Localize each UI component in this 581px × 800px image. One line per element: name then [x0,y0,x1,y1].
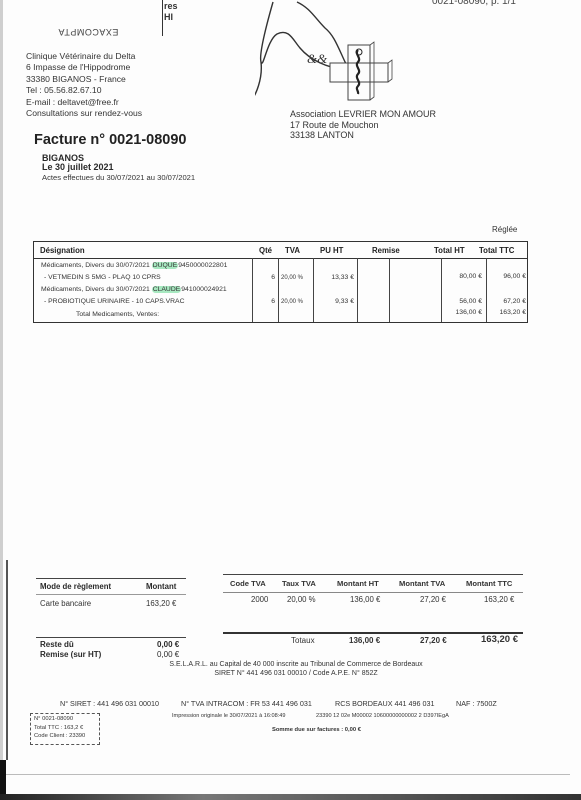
invoice-acts-period: Actes effectues du 30/07/2021 au 30/07/2… [42,173,195,182]
vat-header-rule [223,592,523,593]
totals-ht: 136,00 € [349,636,380,645]
vat-amount-tva: 27,20 € [420,595,446,604]
invoice-title: Facture n° 0021-08090 [34,132,187,148]
vat-table-rule [223,574,523,575]
recipient-address-line2: 33138 LANTON [290,130,436,141]
veterinary-cross-logo: && [255,0,405,105]
client-box-total: Total TTC : 163,2 € [34,724,96,733]
item-tva: 20,00 % [281,299,303,305]
vat-header-code: Code TVA [230,579,266,588]
col-header-total-ttc: Total TTC [479,246,514,255]
clinic-email: E-mail : deltavet@free.fr [26,97,142,108]
item-tva: 20,00 % [281,275,303,281]
scan-edge-mark [6,560,8,760]
clinic-name: Clinique Vétérinaire du Delta [26,51,142,62]
clinic-address-block: Clinique Vétérinaire du Delta 6 Impasse … [26,51,142,119]
payment-status: Réglée [492,225,517,234]
balance-rule [36,637,186,638]
clinic-address-line1: 6 Impasse de l'Hippodrome [26,62,142,73]
legal-line1: S.E.L.A.R.L. au Capital de 40 000 inscri… [146,661,446,670]
col-header-pu-ht: PU HT [320,246,343,255]
vat-header-ttc: Montant TTC [466,579,512,588]
payment-amount: 163,20 € [146,599,176,608]
invoice-date: Le 30 juillet 2021 [42,162,114,172]
clinic-address-line2: 33380 BIGANOS - France [26,74,142,85]
animal-name-highlight: DUQUE [152,262,179,269]
items-table: Désignation Qté TVA PU HT Remise Total H… [33,241,528,323]
footer-rcs: RCS BORDEAUX 441 496 031 [335,699,434,708]
exacompta-watermark: EXACOMPTA [58,27,118,37]
recipient-address-line1: 17 Route de Mouchon [290,120,436,131]
item-total-ttc: 67,20 € [489,298,526,305]
col-header-total-ht: Total HT [434,246,465,255]
clinic-consultations: Consultations sur rendez-vous [26,108,142,119]
col-header-qty: Qté [259,246,272,255]
col-header-designation: Désignation [40,246,85,255]
item-total-ht: 80,00 € [444,273,482,280]
item-group-line: Médicaments, Divers du 30/07/2021 CLAUDE… [41,286,227,293]
legal-notice: S.E.L.A.R.L. au Capital de 40 000 inscri… [146,661,446,678]
item-designation: - PROBIOTIQUE URINAIRE - 10 CAPS.VRAC [44,298,185,305]
scan-edge [0,0,3,800]
totals-ttc: 163,20 € [481,634,518,645]
item-qty: 6 [255,298,275,305]
animal-chip-id: 941000024921 [181,286,226,293]
payment-header-mode: Mode de règlement [40,582,111,591]
vat-code: 2000 [251,595,268,604]
print-info: Impression originale le 30/07/2021 à 16:… [172,713,286,719]
page-edge-line [0,774,570,775]
item-total-ttc: 96,00 € [489,273,526,280]
client-reference-box: N° 0021-08090 Total TTC : 163,2 € Code C… [30,713,100,745]
totals-label: Totaux [291,636,315,645]
cut-header-fragment: HI [164,12,173,22]
items-total-label: Total Medicaments, Ventes: [76,311,159,318]
item-total-ht: 56,00 € [444,298,482,305]
footer-naf: NAF : 7500Z [456,699,497,708]
remise-label: Remise (sur HT) [40,650,101,659]
animal-chip-id: 9450000022801 [178,262,227,269]
col-header-remise: Remise [372,246,400,255]
items-total-ht: 136,00 € [444,309,482,316]
footer-tva-intracom: N° TVA INTRACOM : FR 53 441 496 031 [181,699,312,708]
item-qty: 6 [255,274,275,281]
items-total-ttc: 163,20 € [489,309,526,316]
svg-text:&&: && [307,51,328,66]
vat-header-ht: Montant HT [337,579,379,588]
client-box-code: Code Client : 23390 [34,732,96,741]
totals-rule [223,632,523,634]
legal-line2: SIRET N° 441 496 031 00010 / Code A.P.E.… [146,670,446,679]
recipient-address-block: Association LEVRIER MON AMOUR 17 Route d… [290,109,436,141]
item-pu-ht: 13,33 € [316,274,354,281]
vat-header-rate: Taux TVA [282,579,316,588]
payment-header-amount: Montant [146,582,176,591]
reste-du-label: Reste dû [40,640,74,649]
totals-tva: 27,20 € [420,636,447,645]
header-divider [162,0,163,36]
payment-header-rule [36,594,186,595]
vat-rate: 20,00 % [287,595,316,604]
payment-mode: Carte bancaire [40,599,91,608]
item-designation: - VETMEDIN S 5MG - PLAQ 10 CPRS [44,274,161,281]
scan-bottom-edge [0,794,581,800]
cut-header-fragment: res [164,1,178,11]
vat-header-tva: Montant TVA [399,579,445,588]
col-header-tva: TVA [285,246,300,255]
print-code: 23390 12 02e M00002 10600000000002 2 D39… [316,713,449,719]
page-reference: 0021-08090, p. 1/1 [432,0,516,7]
vat-amount-ht: 136,00 € [350,595,380,604]
somme-due: Somme due sur factures : 0,00 € [272,727,361,733]
animal-name-highlight: CLAUDE [152,286,182,293]
remise-value: 0,00 € [157,650,179,659]
item-pu-ht: 9,33 € [316,298,354,305]
item-group-line: Médicaments, Divers du 30/07/2021 DUQUE9… [41,262,227,269]
recipient-name: Association LEVRIER MON AMOUR [290,109,436,120]
client-box-invoice: N° 0021-08090 [34,715,96,724]
payment-table-rule [36,578,186,579]
reste-du-value: 0,00 € [157,640,179,649]
clinic-phone: Tel : 05.56.82.67.10 [26,85,142,96]
vat-amount-ttc: 163,20 € [484,595,514,604]
footer-siret: N° SIRET : 441 496 031 00010 [60,699,159,708]
